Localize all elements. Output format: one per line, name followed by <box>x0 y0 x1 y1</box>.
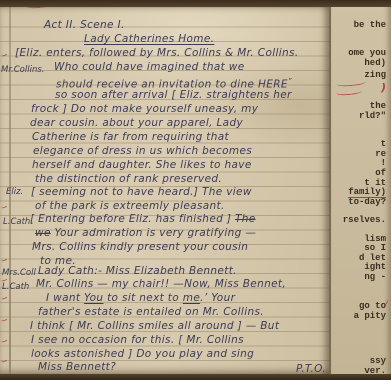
photo-bottom-edge <box>0 374 391 380</box>
script-line: I want You to sit next to me.’ Your <box>46 292 235 305</box>
typed-fragment: rselves. <box>343 215 386 225</box>
script-line: looks astonished ] Do you play and sing <box>31 348 254 361</box>
script-line: herself and daughter. She likes to have <box>32 159 252 172</box>
script-line: Miss Bennett? <box>38 361 116 374</box>
script-text: Mrs. Collins kindly present your cousin <box>32 241 248 253</box>
typed-fragment: ) <box>381 82 386 93</box>
script-text: herself and daughter. She likes to have <box>32 159 252 171</box>
stage-direction: [Eliz. enters, followed by Mrs. Collins … <box>15 47 299 60</box>
script-text: [ seeming not to have heard.] The view <box>31 186 252 198</box>
photo-top-edge <box>0 0 391 7</box>
script-text: .’ Your <box>200 292 235 304</box>
script-line: the distinction of rank preserved. <box>35 173 222 186</box>
script-text: Lady Cath:- Miss Elizabeth Bennett. <box>38 265 237 277</box>
speaker-label: L.Cath <box>2 281 29 294</box>
script-text: Lady Catherines Home. <box>84 33 214 45</box>
pto-note: P.T.O. <box>296 363 326 374</box>
typed-fragment: t <box>381 139 386 149</box>
script-text: ” <box>288 77 292 85</box>
typed-fragment: a pity <box>354 311 386 321</box>
typed-fragment: ome you <box>348 48 386 58</box>
script-text: Miss Bennett? <box>38 361 116 373</box>
script-text: me <box>183 292 200 304</box>
scene-location-title: Lady Catherines Home. <box>84 33 214 46</box>
script-text: You <box>84 292 103 304</box>
script-text: dear cousin. about your apparel, Lady <box>30 117 243 129</box>
script-text: so soon after arrival [ Eliz. straighten… <box>55 89 292 101</box>
script-text: [Eliz. enters, followed by Mrs. Collins … <box>15 47 299 59</box>
script-text: I want <box>46 292 84 304</box>
script-line: [ Entering before Eliz. has finished ] T… <box>30 213 256 226</box>
speaker-label: L.Cath. <box>3 216 33 229</box>
script-line: I see no occasion for this. [ Mr. Collin… <box>31 334 244 347</box>
script-line: we Your admiration is very gratifying — <box>35 227 256 240</box>
script-line: Who could have imagined that we <box>54 61 245 74</box>
script-text: to sit next to <box>103 292 182 304</box>
script-text: elegance of dress in us which becomes <box>33 145 252 157</box>
script-line: so soon after arrival [ Eliz. straighten… <box>55 89 292 102</box>
speaker-label: Eliz. <box>6 186 23 199</box>
typed-fragment: ight <box>364 262 386 272</box>
script-text: Your admiration is very gratifying — <box>51 227 256 239</box>
script-line: of the park is extreemly pleasant. <box>35 200 225 213</box>
typed-fragment: be the <box>354 20 386 30</box>
script-line: Mr. Collins — my chair!! —Now, Miss Benn… <box>36 278 286 291</box>
typed-fragment: ng - <box>364 272 386 282</box>
adjacent-typed-page-edge: be theome youhed)zing)therld?"tre!oft it… <box>329 0 391 380</box>
script-line: elegance of dress in us which becomes <box>33 145 252 158</box>
script-text: frock ] Do not make yourself uneasy, my <box>31 103 258 115</box>
script-line: Mrs. Collins kindly present your cousin <box>32 241 248 254</box>
script-text: Mr. Collins — my chair!! —Now, Miss Benn… <box>36 278 286 290</box>
typed-fragment: rld?" <box>359 111 386 121</box>
act-scene-heading: Act II. Scene I. <box>44 19 125 32</box>
script-line: [ seeming not to have heard.] The view <box>31 186 252 199</box>
script-text: Catherine is far from requiring that <box>32 131 229 143</box>
typed-fragment: the <box>370 101 386 111</box>
script-line: I think [ Mr. Collins smiles all around … <box>30 320 279 333</box>
script-text: Act II. Scene I. <box>44 19 125 31</box>
script-text: looks astonished ] Do you play and sing <box>31 348 254 360</box>
script-text: [ Entering before Eliz. has finished ] <box>30 213 235 225</box>
speaker-label: Mr.Collins. <box>1 64 45 77</box>
red-ink-scribble <box>336 79 366 88</box>
script-text: The <box>235 213 256 225</box>
typed-fragment: hed) <box>364 58 386 68</box>
script-text: the distinction of rank preserved. <box>35 173 222 185</box>
typed-fragment: to-day? <box>348 197 386 207</box>
script-text: of the park is extreemly pleasant. <box>35 200 225 212</box>
photo-of-script-page: Act II. Scene I.Lady Catherines Home.[El… <box>0 0 391 380</box>
script-text: we <box>35 227 51 239</box>
typed-fragment: ssy <box>370 356 386 366</box>
script-text: Who could have imagined that we <box>54 61 245 73</box>
script-text: I think [ Mr. Collins smiles all around … <box>30 320 279 332</box>
typed-fragment: of <box>375 168 386 178</box>
script-line: dear cousin. about your apparel, Lady <box>30 117 243 130</box>
script-line: frock ] Do not make yourself uneasy, my <box>31 103 258 116</box>
typed-fragment: ! <box>381 158 386 168</box>
red-ink-scribble <box>336 88 362 96</box>
script-text: father's estate is entailed on Mr. Colli… <box>38 306 264 318</box>
script-line: Lady Cath:- Miss Elizabeth Bennett. <box>38 265 237 278</box>
script-line: Catherine is far from requiring that <box>32 131 229 144</box>
script-text: I see no occasion for this. [ Mr. Collin… <box>31 334 244 346</box>
script-line: father's estate is entailed on Mr. Colli… <box>38 306 264 319</box>
typed-fragment: zing <box>364 70 386 80</box>
typed-fragment: so I <box>364 243 386 253</box>
